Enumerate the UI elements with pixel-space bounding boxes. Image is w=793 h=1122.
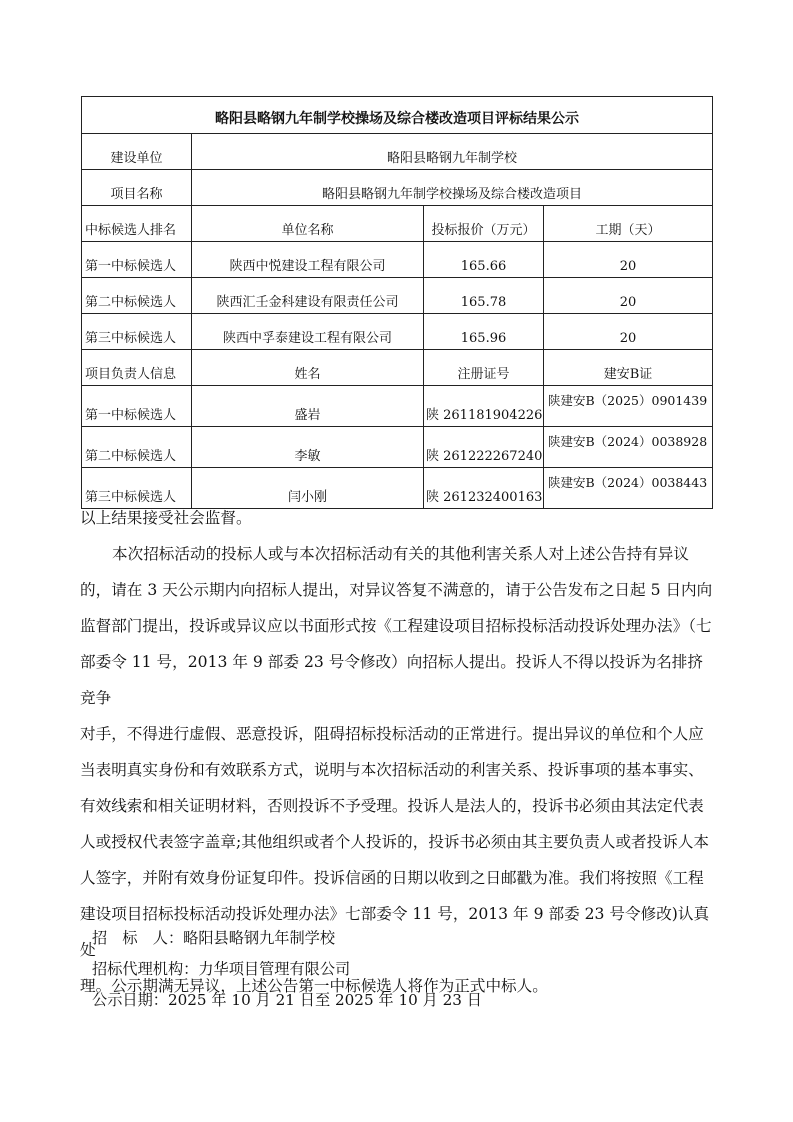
body-line: 当表明真实身份和有效联系方式，说明与本次招标活动的利害关系、投诉事项的基本事实、 — [80, 752, 714, 788]
table-title: 略阳县略钢九年制学校操场及综合楼改造项目评标结果公示 — [82, 97, 713, 134]
info-value: 略阳县略钢九年制学校 — [192, 134, 713, 170]
reg-no-cell: 陕 261222267240 — [424, 427, 544, 468]
body-line: 人或授权代表签字盖章;其他组织或者个人投诉的，投诉书必须由其主要负责人或者投诉人… — [80, 824, 714, 860]
bid-row: 第二中标候选人 陕西汇壬金科建设有限责任公司 165.78 20 — [82, 278, 713, 314]
document-page: 略阳县略钢九年制学校操场及综合楼改造项目评标结果公示 建设单位 略阳县略钢九年制… — [0, 0, 793, 1122]
column-header: 注册证号 — [424, 350, 544, 386]
table-title-row: 略阳县略钢九年制学校操场及综合楼改造项目评标结果公示 — [82, 97, 713, 134]
info-row-owner: 建设单位 略阳县略钢九年制学校 — [82, 134, 713, 170]
column-header: 建安B证 — [544, 350, 713, 386]
days-cell: 20 — [544, 278, 713, 314]
pm-header-row: 项目负责人信息 姓名 注册证号 建安B证 — [82, 350, 713, 386]
column-header: 单位名称 — [192, 206, 424, 242]
info-value: 略阳县略钢九年制学校操场及综合楼改造项目 — [192, 170, 713, 206]
cert-b-cell: 陕建安B（2025）0901439 — [544, 386, 713, 427]
rank-cell: 第三中标候选人 — [82, 314, 192, 350]
supervision-note: 以上结果接受社会监督。 — [80, 500, 714, 536]
bid-row: 第三中标候选人 陕西中孚泰建设工程有限公司 165.96 20 — [82, 314, 713, 350]
company-cell: 陕西汇壬金科建设有限责任公司 — [192, 278, 424, 314]
reg-no-cell: 陕 261181904226 — [424, 386, 544, 427]
body-line: 对手，不得进行虚假、恶意投诉，阻碍招标投标活动的正常进行。提出异议的单位和个人应 — [80, 716, 714, 752]
body-line: 监督部门提出，投诉或异议应以书面形式按《工程建设项目招标投标活动投诉处理办法》（… — [80, 608, 714, 644]
signature-block: 招 标 人：略阳县略钢九年制学校 招标代理机构：力华项目管理有限公司 公示日期：… — [92, 923, 482, 1016]
cert-b-cell: 陕建安B（2024）0038928 — [544, 427, 713, 468]
price-cell: 165.96 — [424, 314, 544, 350]
column-header: 姓名 — [192, 350, 424, 386]
bid-header-row: 中标候选人排名 单位名称 投标报价（万元） 工期（天） — [82, 206, 713, 242]
name-cell: 盛岩 — [192, 386, 424, 427]
column-header: 项目负责人信息 — [82, 350, 192, 386]
publication-period-line: 公示日期：2025 年 10 月 21 日至 2025 年 10 月 23 日 — [92, 985, 482, 1016]
pm-row: 第二中标候选人 李敏 陕 261222267240 陕建安B（2024）0038… — [82, 427, 713, 468]
bid-row: 第一中标候选人 陕西中悦建设工程有限公司 165.66 20 — [82, 242, 713, 278]
column-header: 工期（天） — [544, 206, 713, 242]
agency-line: 招标代理机构：力华项目管理有限公司 — [92, 954, 482, 985]
info-label: 建设单位 — [82, 134, 192, 170]
name-cell: 李敏 — [192, 427, 424, 468]
rank-cell: 第二中标候选人 — [82, 278, 192, 314]
rank-cell: 第二中标候选人 — [82, 427, 192, 468]
pm-row: 第一中标候选人 盛岩 陕 261181904226 陕建安B（2025）0901… — [82, 386, 713, 427]
column-header: 投标报价（万元） — [424, 206, 544, 242]
body-line: 的，请在 3 天公示期内向招标人提出，对异议答复不满意的，请于公告发布之日起 5… — [80, 572, 714, 608]
tenderer-line: 招 标 人：略阳县略钢九年制学校 — [92, 923, 482, 954]
days-cell: 20 — [544, 314, 713, 350]
bid-result-table: 略阳县略钢九年制学校操场及综合楼改造项目评标结果公示 建设单位 略阳县略钢九年制… — [81, 96, 713, 509]
rank-cell: 第一中标候选人 — [82, 242, 192, 278]
company-cell: 陕西中悦建设工程有限公司 — [192, 242, 424, 278]
rank-cell: 第一中标候选人 — [82, 386, 192, 427]
column-header: 中标候选人排名 — [82, 206, 192, 242]
body-line: 有效线索和相关证明材料，否则投诉不予受理。投诉人是法人的，投诉书必须由其法定代表 — [80, 788, 714, 824]
body-line: 本次招标活动的投标人或与本次招标活动有关的其他利害关系人对上述公告持有异议 — [80, 536, 714, 572]
price-cell: 165.78 — [424, 278, 544, 314]
body-line: 部委令 11 号，2013 年 9 部委 23 号令修改）向招标人提出。投诉人不… — [80, 644, 714, 716]
body-line: 人签字，并附有效身份证复印件。投诉信函的日期以收到之日邮戳为准。我们将按照《工程 — [80, 860, 714, 896]
info-label: 项目名称 — [82, 170, 192, 206]
company-cell: 陕西中孚泰建设工程有限公司 — [192, 314, 424, 350]
price-cell: 165.66 — [424, 242, 544, 278]
info-row-project: 项目名称 略阳县略钢九年制学校操场及综合楼改造项目 — [82, 170, 713, 206]
days-cell: 20 — [544, 242, 713, 278]
